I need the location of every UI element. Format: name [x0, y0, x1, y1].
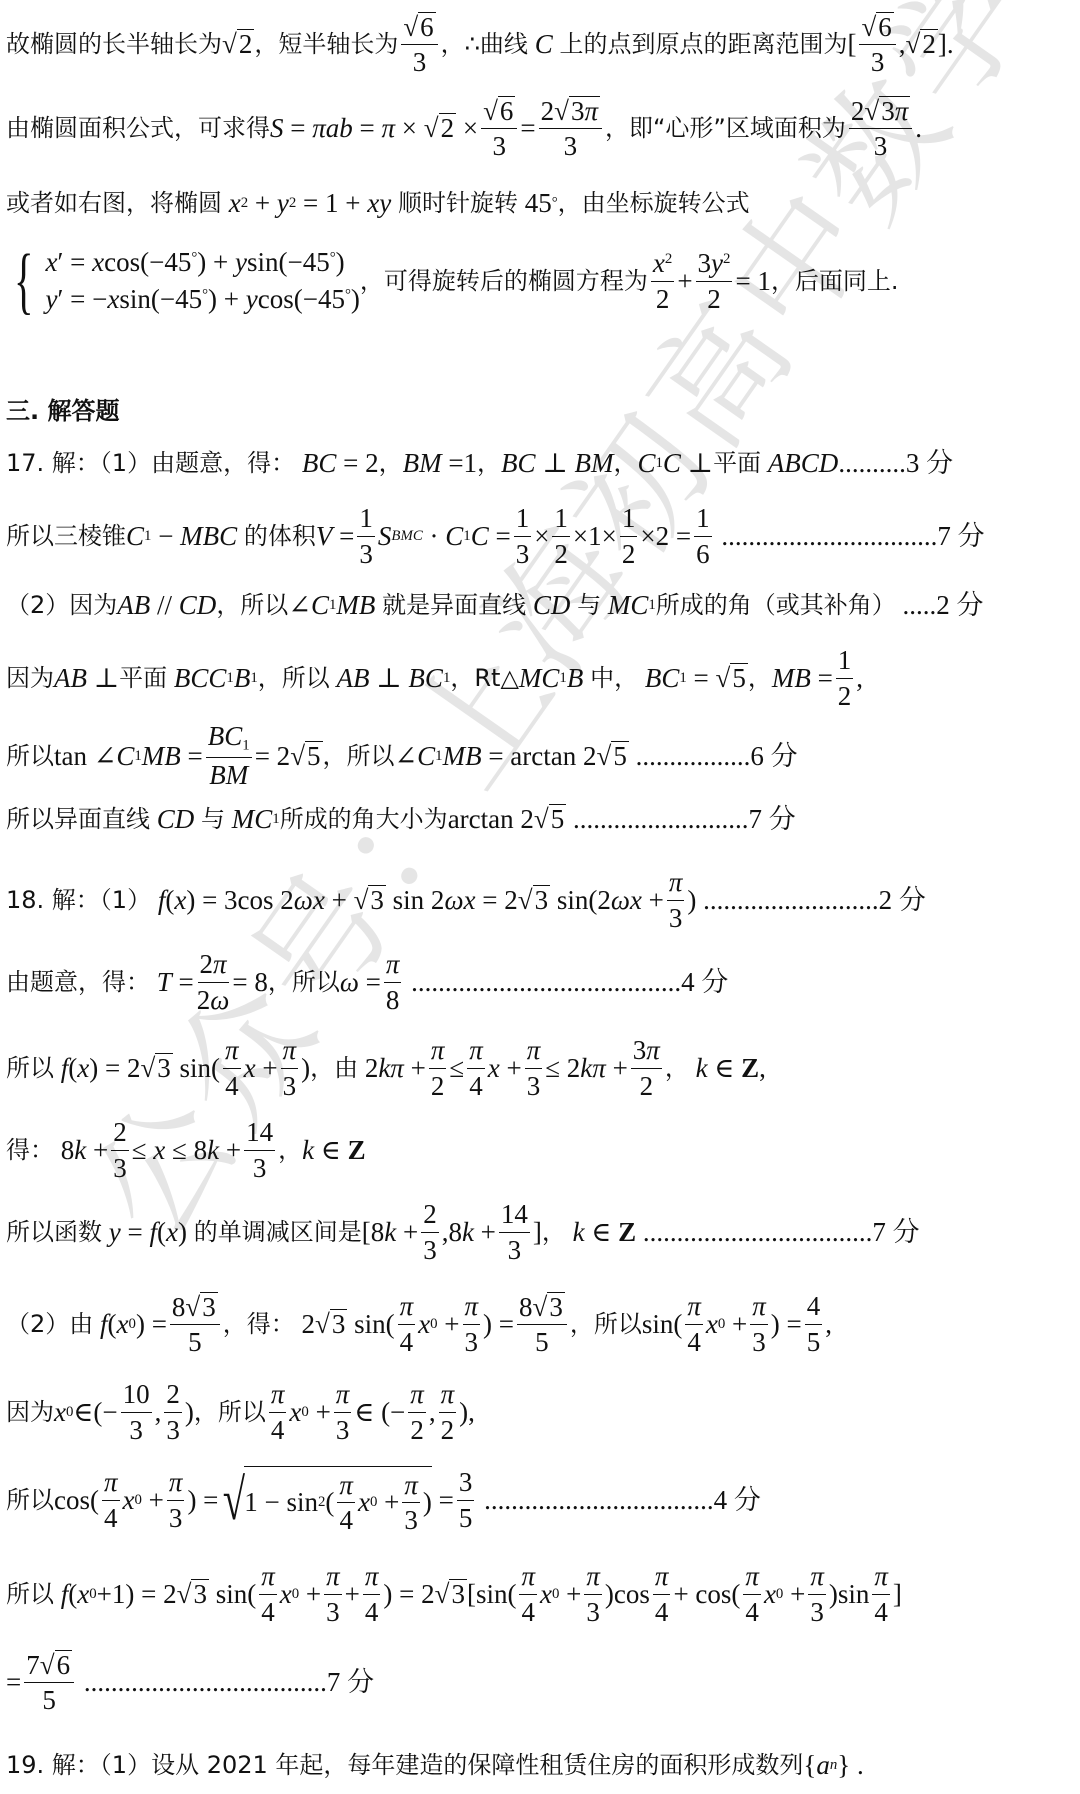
q17-line-1: 17. 解：（1）由题意，得： BC = 2，BM =1，BC ⊥ BM，C1C… [6, 448, 953, 478]
q19-line-1: 19. 解：（1）设从 2021 年起，每年建造的保障性租赁住房的面积形成数列 … [6, 1748, 864, 1782]
q17-line-3: （2）因为 AB // CD ，所以 ∠C1MB 就是异面直线 CD 与 MC1… [6, 590, 984, 620]
text: 故椭圆的长半轴长为 [6, 32, 222, 56]
text: ，所以 [570, 1312, 642, 1336]
text: ，由坐标旋转公式 [558, 191, 750, 215]
section-title: 三. 解答题 [6, 396, 119, 426]
score: ..................................7 分 [643, 1219, 920, 1246]
q18-line-10: =7√65 ..................................… [6, 1646, 374, 1718]
text: ，所以 [323, 744, 395, 768]
text: 由题意，得： [6, 970, 150, 994]
text: ，所以 [194, 1400, 266, 1424]
text: 所以三棱锥 [6, 524, 126, 548]
text: 所以 [6, 1582, 54, 1606]
text: 所以函数 [6, 1220, 102, 1244]
text: ，短半轴长为 [254, 32, 398, 56]
text: 所成的角大小为 [280, 807, 448, 831]
text: 或者如右图，将椭圆 [6, 191, 222, 215]
text: ，可得旋转后的椭圆方程为 [360, 269, 648, 293]
text: 顺时针旋转 [398, 191, 518, 215]
q18-line-1: 18. 解：（1） f(x) = 3cos 2ωx + √3 sin 2ωx =… [6, 868, 926, 932]
q17-line-2: 所以三棱锥 C1 − MBC 的体积 V =13SBMC · C1C = 13×… [6, 504, 985, 568]
text: 所成的角（或其补角） [656, 593, 896, 617]
text: 中， [590, 666, 638, 690]
prev-line-1: 故椭圆的长半轴长为 √2 ，短半轴长为 √63 ，∴曲线 C 上的点到原点的距离… [6, 12, 954, 76]
text: 19. 解：（1）设从 2021 年起，每年建造的保障性租赁住房的面积形成数列 [6, 1753, 803, 1777]
q18-line-4: 得： 8k +23≤ x ≤ 8k +143，k ∈ Z [6, 1118, 366, 1182]
q17-line-4: 因为 AB ⊥平面 BCC1B1 ，所以 AB ⊥ BC1 ，Rt△ MC1B … [6, 646, 863, 710]
score: ..........3 分 [838, 450, 953, 477]
prev-line-3: 或者如右图，将椭圆 x2 + y2 = 1 + xy 顺时针旋转 45° ，由坐… [6, 186, 750, 220]
q17-line-5: 所以 tan ∠C1MB =BC1BM= 2√5 ，所以 ∠C1MB = arc… [6, 724, 798, 788]
prev-line-2: 由椭圆面积公式，可求得 S = πab = π × √2 × √63= 2√3π… [6, 96, 922, 160]
text: 与 [577, 593, 601, 617]
text: 平面 [713, 451, 761, 475]
text: 因为 [6, 1400, 54, 1424]
q17-line-6: 所以异面直线 CD 与 MC1 所成的角大小为 arctan 2√5 .....… [6, 802, 796, 836]
text: 因为 [6, 666, 54, 690]
text: 所以 [6, 1056, 54, 1080]
score: ..................................4 分 [484, 1487, 761, 1514]
prev-line-4: { x′ = xcos(−45°) + ysin(−45°) y′ = −xsi… [6, 240, 899, 322]
text: 所以异面直线 [6, 807, 150, 831]
text: ， [542, 1220, 566, 1244]
text: 所以 [6, 744, 54, 768]
text: ，所以 [258, 666, 330, 690]
score: ................................7 分 [721, 523, 984, 550]
text: 所以 [6, 1488, 54, 1512]
q18-line-2: 由题意，得： T =2π2ω= 8 ，所以 ω =π8 ............… [6, 950, 728, 1014]
score: ..........................7 分 [573, 806, 796, 833]
text: ，所以 [268, 970, 340, 994]
q18-line-6: （2）由 f(x0) =8√35 ，得： 2√3 sin(π4x0 +π3) =… [6, 1288, 832, 1360]
text: 的体积 [244, 524, 316, 548]
text: ，得： [223, 1312, 295, 1336]
text: ，所以 [216, 593, 288, 617]
text: ，由 [310, 1056, 358, 1080]
score: .................6 分 [636, 743, 798, 770]
q18-line-8: 所以 cos(π4x0 +π3) = √1 − sin2(π4x0 +π3) =… [6, 1460, 761, 1540]
text: （2）由 [6, 1312, 93, 1336]
text: ，∴曲线 [441, 32, 528, 56]
q18-line-7: 因为 x0∈(−103,23) ，所以 π4x0 +π3∈ (−π2,π2), [6, 1380, 475, 1444]
text: 的单调减区间是 [194, 1220, 362, 1244]
q18-line-3: 所以 f(x) = 2√3 sin(π4x +π3) ，由 2kπ +π2≤π4… [6, 1036, 766, 1100]
text: 与 [201, 807, 225, 831]
text: ，即“心形”区域面积为 [605, 116, 846, 140]
score: ....................................7 分 [84, 1669, 374, 1696]
section-title-text: 三. 解答题 [6, 399, 119, 423]
text: 上的点到原点的距离范围为 [559, 32, 847, 56]
q18-line-5: 所以函数 y = f(x) 的单调减区间是 [8k +23,8k +143] ，… [6, 1200, 920, 1264]
score: .....2 分 [903, 592, 984, 619]
q18-line-9: 所以 f(x0+1) = 2√3 sin(π4x0 +π3+π4) = 2√3[… [6, 1562, 902, 1626]
text: ，Rt△ [450, 666, 519, 690]
score: ..........................2 分 [703, 887, 926, 914]
score: ........................................… [411, 969, 728, 996]
text: 就是异面直线 [382, 593, 526, 617]
text: ， [665, 1056, 689, 1080]
text: 18. 解：（1） [6, 888, 151, 912]
text: 平面 [119, 666, 167, 690]
text: 得： [6, 1138, 54, 1162]
text: （2）因为 [6, 593, 117, 617]
text: . [857, 1752, 864, 1779]
text: 由椭圆面积公式，可求得 [6, 116, 270, 140]
text: 17. 解：（1）由题意，得： [6, 451, 295, 475]
text: ，后面同上. [771, 269, 899, 293]
